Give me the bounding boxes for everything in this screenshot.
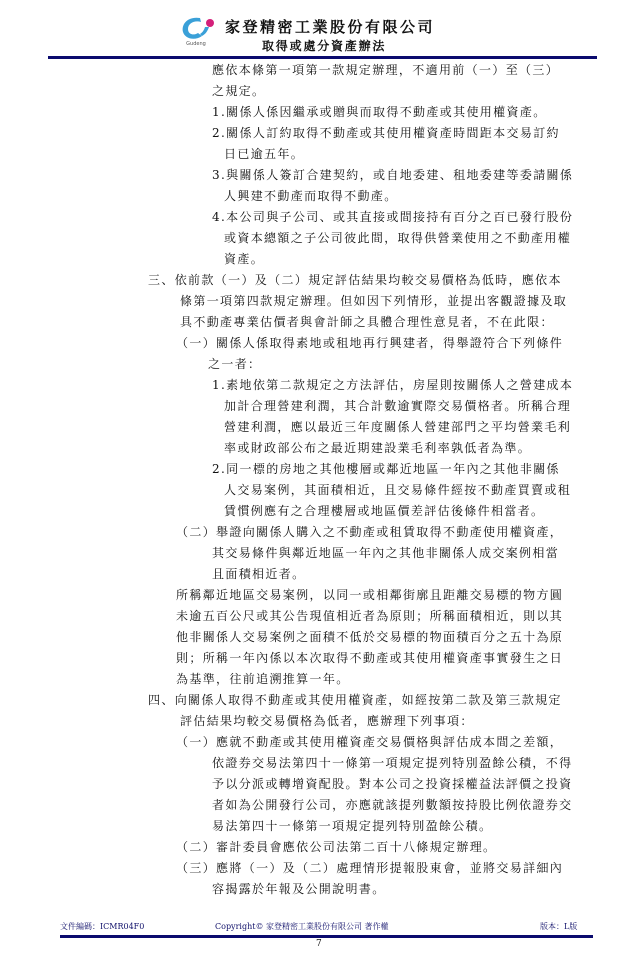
text-line: 所稱鄰近地區交易案例，以同一或相鄰街廓且距離交易標的物方圓 [176, 588, 563, 602]
text-line: 評估結果均較交易價格為低者，應辦理下列事項： [180, 714, 474, 728]
text-line: （二）舉證向關係人購入之不動產或租賃取得不動產使用權資產， [176, 525, 563, 539]
text-line: 依證券交易法第四十一條第一項規定提列特別盈餘公積，不得 [212, 756, 572, 770]
text-line: 之規定。 [212, 84, 265, 98]
text-line: （一）應就不動產或其使用權資產交易價格與評估成本間之差額， [176, 735, 563, 749]
text-line: 人興建不動產而取得不動產。 [224, 189, 398, 203]
company-name: 家登精密工業股份有限公司 [225, 16, 435, 37]
text-line: 1.關係人係因繼承或贈與而取得不動產或其使用權資產。 [212, 105, 547, 119]
text-line: 且面積相近者。 [212, 567, 305, 581]
text-line: 人交易案例，其面積相近，且交易條件經按不動產買賣或租 [224, 483, 571, 497]
text-line: （二）審計委員會應依公司法第二百十八條規定辦理。 [176, 840, 496, 854]
text-line: 2.關係人訂約取得不動產或其使用權資產時間距本交易訂約 [212, 126, 560, 140]
text-line: 條第一項第四款規定辦理。但如因下列情形，並提出客觀證據及取 [180, 294, 567, 308]
text-line: 未逾五百公尺或其公告現值相近者為原則；所稱面積相近，則以其 [176, 609, 563, 623]
text-line: 則；所稱一年內係以本次取得不動產或其使用權資產事實發生之日 [176, 651, 563, 665]
text-line: 者如為公開發行公司，亦應就該提列數額按持股比例依證券交 [212, 798, 572, 812]
text-line: 3.與關係人簽訂合建契約，或自地委建、租地委建等委請關係 [212, 168, 573, 182]
text-line: （一）關係人係取得素地或租地再行興建者，得舉證符合下列條件 [176, 336, 563, 350]
section-heading-4: 四、向關係人取得不動產或其使用權資產，如經按第二款及第三款規定 [148, 693, 562, 707]
text-line: 資產。 [224, 252, 264, 266]
text-line: 4.本公司與子公司、或其直接或間接持有百分之百已發行股份 [212, 210, 573, 224]
text-line: 加計合理營建利潤，其合計數逾實際交易價格者。所稱合理 [224, 399, 571, 413]
copyright-notice: Copyright© 家登精密工業股份有限公司 著作權 [215, 921, 389, 932]
text-line: 或資本總額之子公司彼此間，取得供營業使用之不動產用權 [224, 231, 571, 245]
text-line: 具不動產專業估價者與會計師之具體合理性意見者，不在此限： [180, 315, 554, 329]
header-divider [48, 56, 597, 59]
text-line: 營建利潤，應以最近三年度關係人營建部門之平均營業毛利 [224, 420, 571, 434]
text-line: 其交易條件與鄰近地區一年內之其他非關係人成交案例相當 [212, 546, 559, 560]
document-code: 文件編碼：ICMR04F0 [60, 921, 144, 932]
logo-wordmark: Gudeng [178, 41, 214, 47]
text-line: 率或財政部公布之最近期建設業毛利率孰低者為準。 [224, 441, 531, 455]
text-line: 為基準，往前追溯推算一年。 [176, 672, 350, 686]
document-title: 取得或處分資產辦法 [262, 37, 386, 54]
text-line: 賃慣例應有之合理樓層或地區價差評估後條件相當者。 [224, 504, 544, 518]
text-line: 應依本條第一項第一款規定辦理，不適用前（一）至（三） [212, 63, 559, 77]
version-label: 版本：L版 [540, 921, 577, 932]
text-line: 容揭露於年報及公開說明書。 [212, 882, 386, 896]
page-number: 7 [316, 939, 322, 949]
text-line: （三）應將（一）及（二）處理情形提報股東會，並將交易詳細內 [176, 861, 563, 875]
text-line: 予以分派或轉增資配股。對本公司之投資採權益法評價之投資 [212, 777, 572, 791]
text-line: 2.同一標的房地之其他樓層或鄰近地區一年內之其他非關係 [212, 462, 560, 476]
text-line: 1.素地依第二款規定之方法評估，房屋則按關係人之營建成本 [212, 378, 573, 392]
text-line: 他非關係人交易案例之面積不低於交易標的物面積百分之五十為原 [176, 630, 563, 644]
text-line: 之一者： [208, 357, 261, 371]
footer-divider [60, 935, 593, 938]
text-line: 日已逾五年。 [224, 147, 304, 161]
text-line: 易法第四十一條第一項規定提列特別盈餘公積。 [212, 819, 492, 833]
page-header: Gudeng 家登精密工業股份有限公司 取得或處分資產辦法 [0, 0, 643, 60]
section-heading-3: 三、依前款（一）及（二）規定評估結果均較交易價格為低時，應依本 [148, 273, 562, 287]
